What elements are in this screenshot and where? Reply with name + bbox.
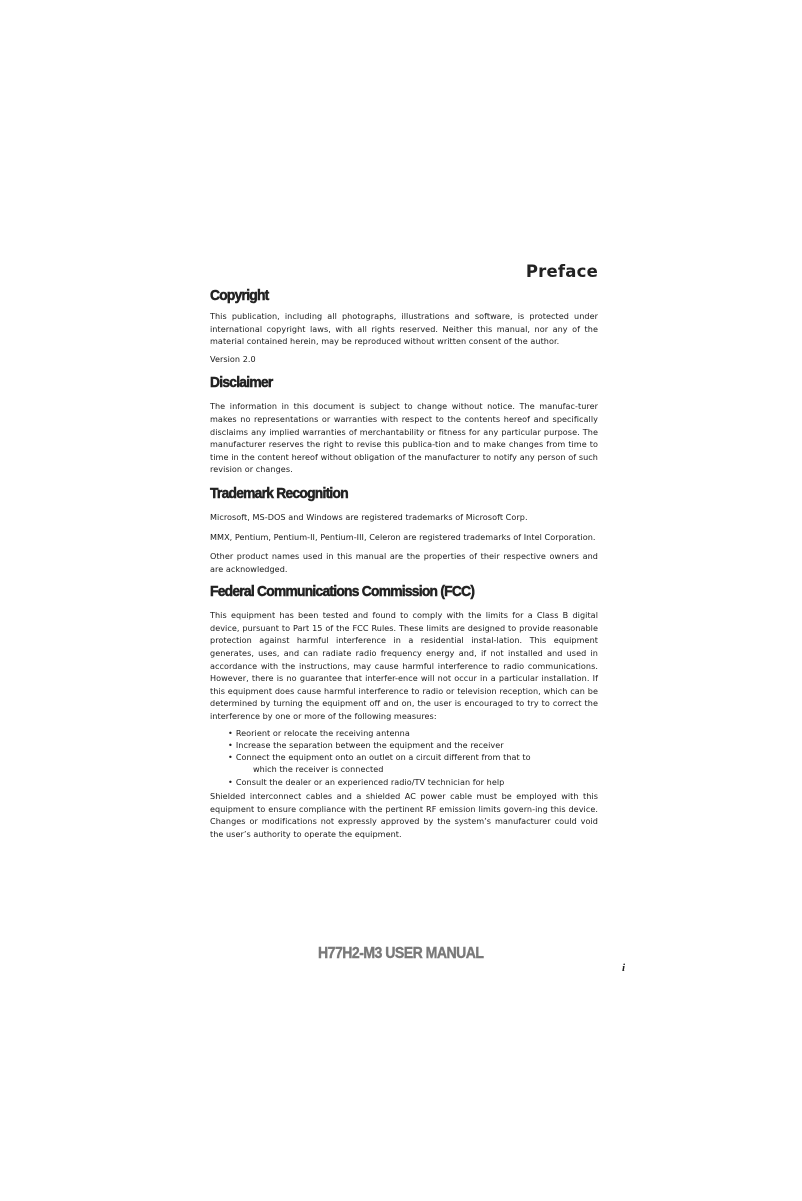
- list-item: •Increase the separation between the equ…: [228, 739, 598, 751]
- bullet-icon: •: [228, 740, 233, 750]
- footer-manual-title: H77H2-M3 USER MANUAL: [318, 945, 483, 963]
- page-header-title: Preface: [210, 262, 598, 281]
- disclaimer-section: Disclaimer The information in this docum…: [210, 374, 598, 476]
- bullet-icon: •: [228, 728, 233, 738]
- fcc-closing: Shielded interconnect cables and a shiel…: [210, 790, 598, 840]
- list-item: •Reorient or relocate the receiving ante…: [228, 727, 598, 739]
- trademark-heading: Trademark Recognition: [210, 485, 567, 502]
- fcc-section: Federal Communications Commission (FCC) …: [210, 583, 598, 840]
- list-item: •Consult the dealer or an experienced ra…: [228, 776, 598, 788]
- page-number: i: [622, 962, 625, 974]
- disclaimer-heading: Disclaimer: [210, 374, 567, 391]
- disclaimer-body: The information in this document is subj…: [210, 400, 598, 476]
- trademark-paragraph: MMX, Pentium, Pentium-II, Pentium-III, C…: [210, 530, 598, 545]
- copyright-body: This publication, including all photogra…: [210, 310, 598, 348]
- copyright-heading: Copyright: [210, 287, 567, 304]
- bullet-icon: •: [228, 752, 233, 762]
- copyright-section: Copyright This publication, including al…: [210, 287, 598, 365]
- fcc-intro: This equipment has been tested and found…: [210, 609, 598, 722]
- list-item: •Connect the equipment onto an outlet on…: [228, 751, 598, 776]
- trademark-paragraph: Microsoft, MS-DOS and Windows are regist…: [210, 511, 598, 524]
- manual-page: Preface Copyright This publication, incl…: [210, 262, 598, 840]
- version-label: Version 2.0: [210, 353, 598, 366]
- fcc-measures-list: •Reorient or relocate the receiving ante…: [210, 727, 598, 788]
- fcc-heading: Federal Communications Commission (FCC): [210, 583, 567, 600]
- bullet-icon: •: [228, 777, 233, 787]
- trademark-paragraph: Other product names used in this manual …: [210, 550, 598, 575]
- trademark-section: Trademark Recognition Microsoft, MS-DOS …: [210, 485, 598, 575]
